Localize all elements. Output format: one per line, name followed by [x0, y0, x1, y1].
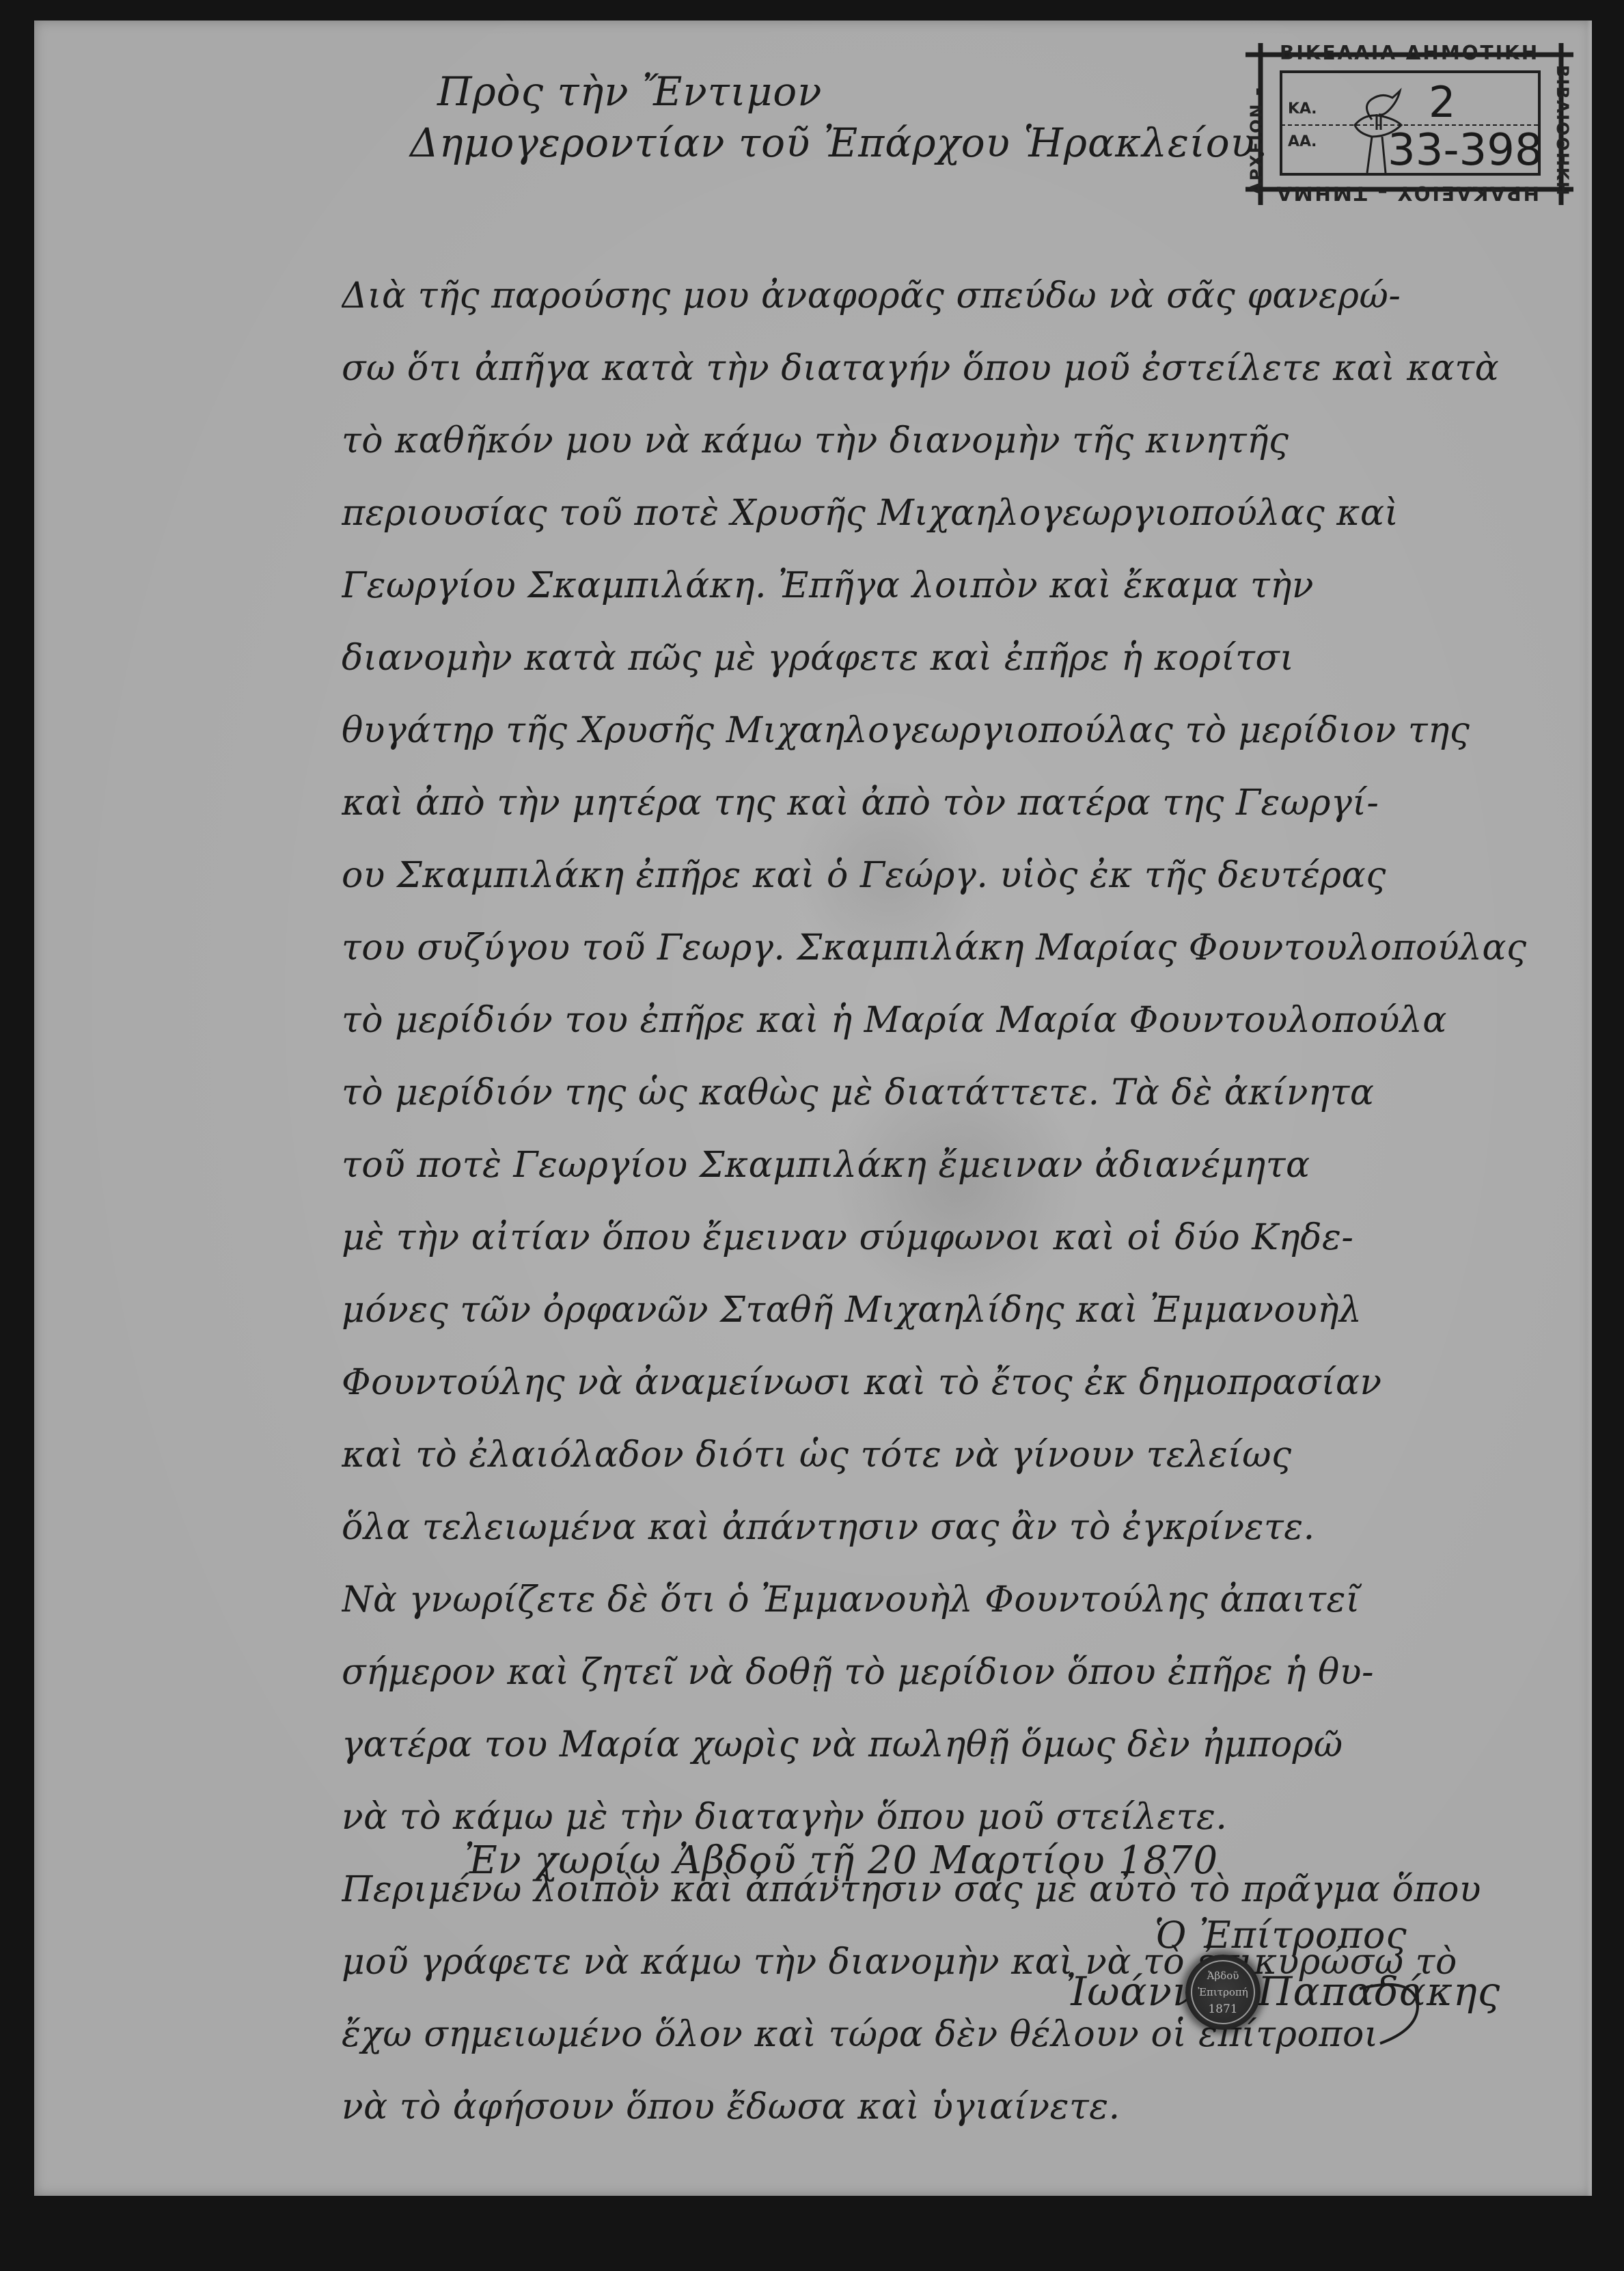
stamp-label-aa: ΑΑ.: [1288, 133, 1317, 150]
stamp-label-ka: ΚΑ.: [1288, 100, 1317, 118]
body-line: Νὰ γνωρίζετε δὲ ὅτι ὁ Ἐμμανουὴλ Φουντούλ…: [342, 1564, 1565, 1636]
stamp-right-text: ΒΙΒΛΙΟΘΗΚΗ: [1553, 65, 1572, 197]
body-line: ου Σκαμπιλάκη ἐπῆρε καὶ ὁ Γεώργ. υἱὸς ἐκ…: [342, 839, 1565, 912]
body-line: καὶ ἀπὸ τὴν μητέρα της καὶ ἀπὸ τὸν πατέρ…: [342, 767, 1565, 839]
signature-flourish-icon: [1353, 1968, 1435, 2050]
body-line: τὸ μερίδιόν της ὡς καθὼς μὲ διατάττετε. …: [342, 1057, 1565, 1129]
seal-text-line-1: Ἀβδοῦ: [1185, 1970, 1261, 1982]
stamp-bottom-text: ΗΡΑΚΛΕΙΟΥ – ΤΜΗΜΑ: [1275, 182, 1539, 204]
stamp-left-text: ΑΡΧΕΙΩΝ –: [1247, 86, 1266, 195]
body-line: τὸ καθῆκόν μου νὰ κάμω τὴν διανομὴν τῆς …: [342, 405, 1565, 477]
archive-stamp: ΒΙΚΕΛΑΙΑ ΔΗΜΟΤΙΚΗ ΒΙΒΛΙΟΘΗΚΗ ΗΡΑΚΛΕΙΟΥ –…: [1245, 38, 1573, 212]
closing: Ὁ Ἐπίτροπος: [1155, 1914, 1407, 1957]
body-line: ὅλα τελειωμένα καὶ ἀπάντησιν σας ἂν τὸ ἐ…: [342, 1491, 1565, 1564]
body-line: τὸ μερίδιόν του ἐπῆρε καὶ ἡ Μαρία Μαρία …: [342, 984, 1565, 1057]
body-line: του συζύγου τοῦ Γεωργ. Σκαμπιλάκη Μαρίας…: [342, 912, 1565, 984]
body-line: τοῦ ποτὲ Γεωργίου Σκαμπιλάκη ἔμειναν ἀδι…: [342, 1129, 1565, 1201]
addressee-line-2: Δημογεροντίαν τοῦ Ἐπάρχου Ἡρακλείου.: [410, 120, 1268, 166]
stamp-aa-value: 33-398: [1388, 125, 1543, 176]
wax-seal: Ἀβδοῦ Ἐπιτροπή 1871: [1185, 1955, 1261, 2030]
body-line: διανομὴν κατὰ πῶς μὲ γράφετε καὶ ἐπῆρε ἡ…: [342, 622, 1565, 694]
body-line: σήμερον καὶ ζητεῖ νὰ δοθῇ τὸ μερίδιον ὅπ…: [342, 1636, 1565, 1709]
dateline: Ἐν χωρίῳ Ἀβδοῦ τῇ 20 Μαρτίου 1870: [465, 1838, 1218, 1883]
seal-text-line-2: Ἐπιτροπή: [1185, 1986, 1261, 1998]
body-line: περιουσίας τοῦ ποτὲ Χρυσῆς Μιχαηλογεωργι…: [342, 477, 1565, 549]
body-line: Διὰ τῆς παρούσης μου ἀναφορᾶς σπεύδω νὰ …: [342, 260, 1565, 332]
body-line: νὰ τὸ ἀφήσουν ὅπου ἔδωσα καὶ ὑγιαίνετε.: [342, 2071, 1565, 2143]
scan-frame: Πρὸς τὴν Ἔντιμον Δημογεροντίαν τοῦ Ἐπάρχ…: [0, 0, 1624, 2271]
stamp-top-text: ΒΙΚΕΛΑΙΑ ΔΗΜΟΤΙΚΗ: [1280, 42, 1539, 64]
body-line: σω ὅτι ἀπῆγα κατὰ τὴν διαταγήν ὅπου μοῦ …: [342, 332, 1565, 405]
page-edge: [1586, 21, 1592, 2196]
body-line: Φουντούλης νὰ ἀναμείνωσι καὶ τὸ ἔτος ἐκ …: [342, 1346, 1565, 1419]
body-line: καὶ τὸ ἐλαιόλαδον διότι ὡς τότε νὰ γίνου…: [342, 1419, 1565, 1491]
addressee-line-1: Πρὸς τὴν Ἔντιμον: [437, 68, 823, 115]
body-line: μόνες τῶν ὀρφανῶν Σταθῆ Μιχαηλίδης καὶ Ἐ…: [342, 1274, 1565, 1346]
signature: Ἰωάννης Παπαδάκης: [1066, 1968, 1500, 2015]
body-line: μὲ τὴν αἰτίαν ὅπου ἔμειναν σύμφωνοι καὶ …: [342, 1201, 1565, 1274]
body-line: Γεωργίου Σκαμπιλάκη. Ἐπῆγα λοιπὸν καὶ ἔκ…: [342, 549, 1565, 622]
body-line: γατέρα του Μαρία χωρὶς νὰ πωληθῇ ὅμως δὲ…: [342, 1709, 1565, 1781]
seal-year: 1871: [1185, 2002, 1261, 2016]
stamp-ka-value: 2: [1429, 77, 1455, 127]
body-line: θυγάτηρ τῆς Χρυσῆς Μιχαηλογεωργιοπούλας …: [342, 694, 1565, 767]
